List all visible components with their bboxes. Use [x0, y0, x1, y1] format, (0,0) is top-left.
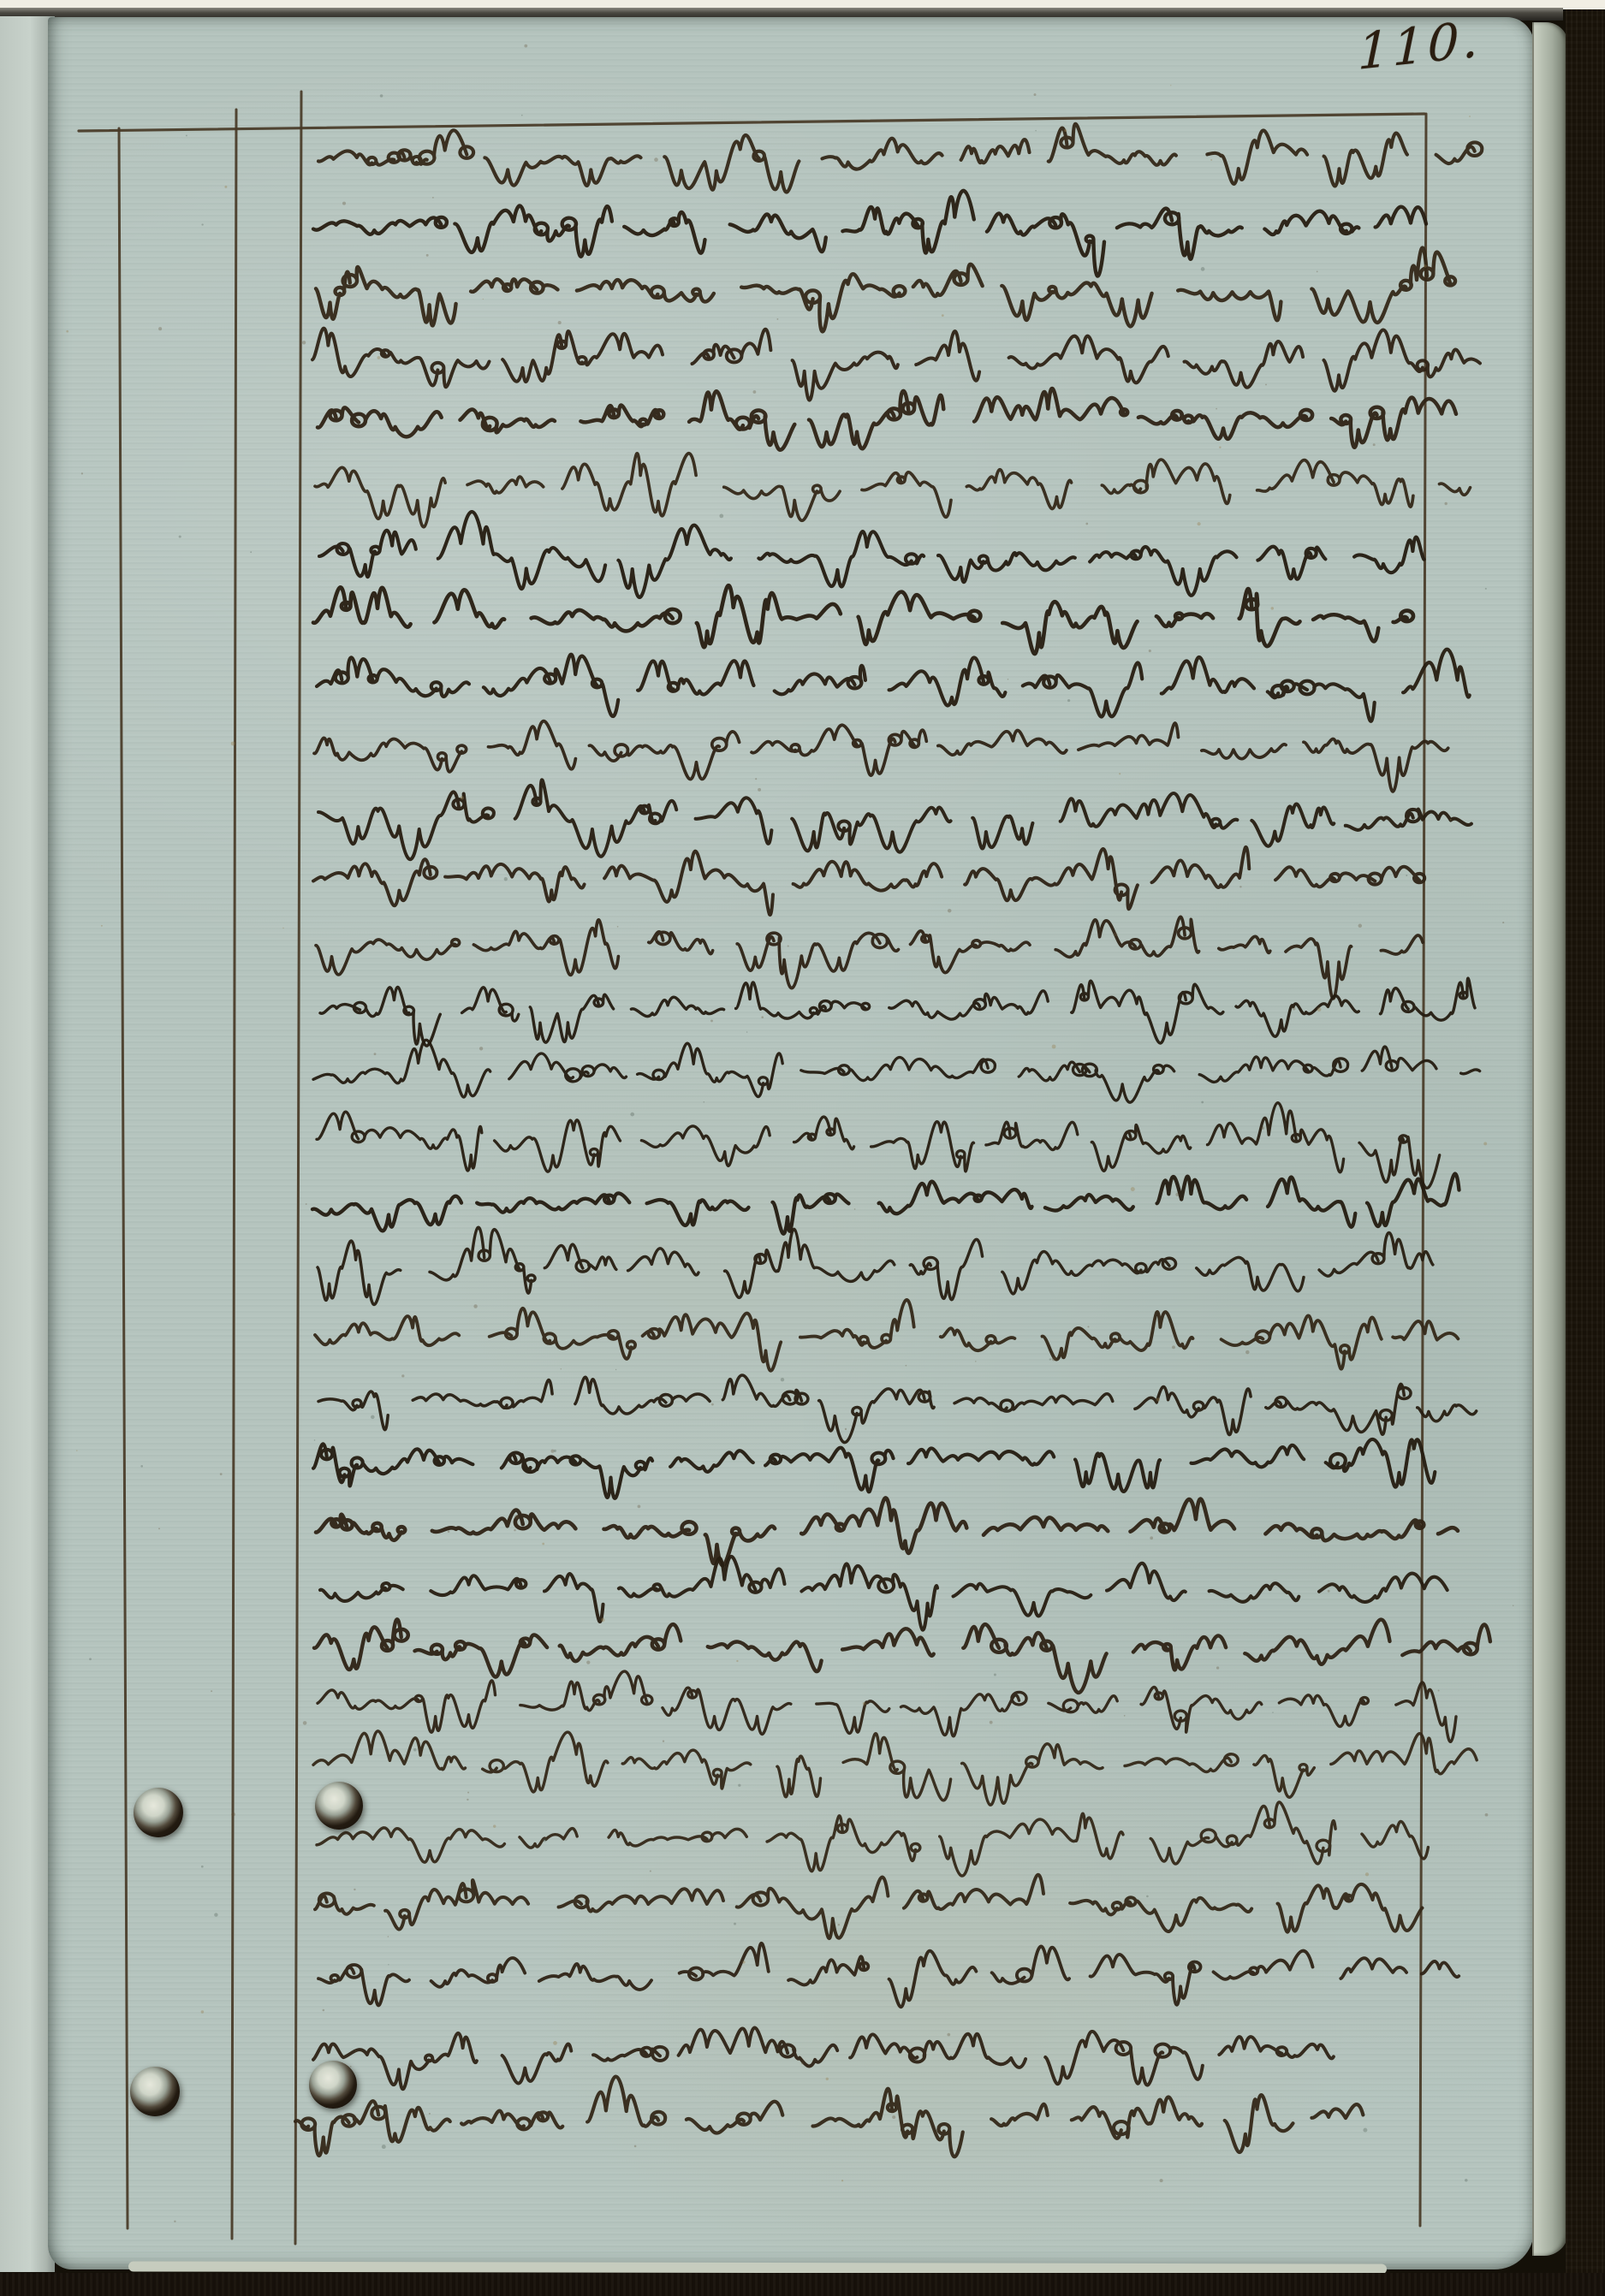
paper-speck — [1201, 267, 1205, 271]
paper-speck — [776, 318, 778, 320]
paper-speck — [734, 1923, 736, 1925]
paper-speck — [543, 1838, 547, 1842]
paper-speck — [282, 928, 283, 928]
paper-speck — [380, 94, 383, 98]
paper-speck — [1149, 650, 1151, 652]
paper-speck — [746, 1031, 748, 1033]
handwriting-line — [315, 1875, 1423, 1938]
paper-speck — [742, 1961, 745, 1963]
paper-speck — [432, 197, 434, 199]
paper-speck — [514, 1529, 515, 1531]
paper-speck — [838, 1924, 840, 1925]
paper-speck — [553, 2041, 557, 2045]
paper-speck — [521, 115, 523, 116]
paper-speck — [1008, 679, 1009, 680]
handwriting-line — [320, 1557, 1447, 1630]
paper-speck — [1373, 443, 1376, 446]
paper-speck — [1382, 1457, 1383, 1457]
paper-speck — [66, 330, 68, 333]
paper-speck — [1409, 1448, 1413, 1452]
paper-speck — [1034, 93, 1037, 96]
ruled-line — [119, 128, 128, 2228]
paper-speck — [1363, 2128, 1367, 2133]
paper-speck — [1146, 1896, 1149, 1898]
paper-speck — [801, 2062, 804, 2064]
paper-speck — [211, 1690, 212, 1692]
paper-speck — [586, 1660, 590, 1664]
paper-speck — [1160, 2179, 1163, 2182]
ruled-line — [232, 110, 236, 2239]
punch-hole — [315, 1782, 363, 1830]
handwriting-line — [313, 2028, 1334, 2090]
paper-speck — [306, 1203, 307, 1205]
punch-hole — [130, 2067, 180, 2116]
handwriting-line — [295, 2077, 1363, 2157]
paper-speck — [1262, 1126, 1265, 1130]
handwriting-line — [316, 248, 1455, 332]
paper-speck — [1502, 922, 1504, 923]
handwriting-line — [318, 389, 1456, 450]
paper-speck — [948, 909, 952, 913]
paper-speck — [1049, 1358, 1051, 1360]
paper-speck — [179, 536, 181, 538]
paper-speck — [231, 741, 235, 745]
paper-speck — [1210, 159, 1212, 161]
handwriting-line — [317, 1802, 1428, 1876]
paper-speck — [1358, 924, 1362, 928]
paper-speck — [374, 1053, 377, 1055]
paper-speck — [1131, 1187, 1135, 1191]
paper-speck — [467, 1792, 469, 1794]
paper-speck — [413, 1748, 417, 1752]
paper-speck — [430, 2127, 433, 2130]
paper-speck — [89, 1658, 92, 1660]
paper-speck — [401, 1374, 404, 1377]
handwriting-line — [317, 1103, 1440, 1189]
paper-speck — [493, 1824, 496, 1827]
paper-speck — [461, 796, 465, 800]
paper-speck — [314, 1439, 316, 1441]
paper-speck — [1052, 1045, 1056, 1049]
paper-speck — [524, 44, 527, 48]
paper-speck — [1293, 1007, 1296, 1011]
paper-speck — [1124, 1715, 1126, 1717]
paper-speck — [220, 1473, 223, 1475]
paper-speck — [758, 788, 761, 792]
paper-speck — [426, 254, 429, 257]
paper-speck — [710, 1019, 713, 1022]
paper-speck — [1469, 116, 1471, 117]
paper-speck — [186, 134, 187, 136]
handwriting-line — [319, 512, 1424, 597]
paper-speck — [158, 1528, 160, 1529]
paper-speck — [738, 1784, 740, 1787]
handwriting-body — [0, 0, 1605, 2296]
paper-speck — [140, 1465, 143, 1468]
paper-speck — [101, 925, 103, 927]
paper-speck — [1483, 1142, 1487, 1145]
paper-speck — [303, 1721, 307, 1725]
paper-speck — [1156, 1397, 1160, 1401]
ruled-line — [79, 114, 1424, 131]
paper-speck — [483, 299, 484, 300]
paper-speck — [1328, 1590, 1330, 1593]
paper-speck — [1450, 819, 1452, 821]
handwriting-line — [312, 1174, 1459, 1234]
paper-speck — [845, 1428, 847, 1430]
paper-speck — [382, 2145, 386, 2149]
paper-speck — [1015, 1007, 1017, 1009]
punch-hole — [309, 2061, 357, 2109]
paper-speck — [467, 1799, 468, 1801]
handwriting-line — [318, 780, 1471, 859]
paper-speck — [634, 2145, 637, 2148]
paper-speck — [863, 1702, 866, 1706]
paper-speck — [650, 1870, 651, 1872]
handwriting-line — [313, 585, 1413, 654]
paper-speck — [479, 1047, 483, 1050]
paper-speck — [990, 1721, 993, 1724]
paper-speck — [597, 1149, 601, 1153]
paper-speck — [388, 1964, 389, 1965]
paper-speck — [429, 2113, 431, 2115]
paper-speck — [201, 2010, 204, 2013]
paper-speck — [1271, 607, 1275, 610]
paper-speck — [665, 1593, 668, 1595]
paper-speck — [947, 2033, 950, 2037]
paper-speck — [781, 1378, 784, 1381]
paper-speck — [711, 1403, 714, 1406]
handwriting-line — [316, 1498, 1458, 1565]
paper-speck — [354, 1889, 355, 1890]
paper-speck — [323, 2009, 325, 2012]
paper-speck — [601, 1618, 605, 1623]
paper-speck — [1245, 1350, 1249, 1354]
paper-speck — [542, 1543, 544, 1545]
handwriting-line — [313, 1731, 1477, 1805]
paper-speck — [231, 1812, 235, 1817]
paper-speck — [854, 1208, 856, 1210]
paper-speck — [1424, 264, 1427, 268]
paper-speck — [1067, 699, 1070, 702]
paper-speck — [755, 778, 757, 780]
handwriting-line — [314, 721, 1448, 792]
paper-speck — [761, 1016, 764, 1018]
paper-speck — [1365, 1872, 1369, 1876]
paper-speck — [1172, 1345, 1175, 1349]
paper-speck — [1438, 1690, 1440, 1692]
paper-speck — [641, 1528, 644, 1530]
handwriting-line — [318, 1671, 1456, 1741]
paper-speck — [1150, 1536, 1153, 1540]
paper-speck — [736, 1660, 738, 1662]
paper-speck — [1170, 85, 1171, 86]
paper-speck — [158, 327, 162, 330]
paper-speck — [1317, 271, 1318, 273]
paper-speck — [1272, 1712, 1273, 1712]
paper-speck — [81, 472, 83, 474]
paper-speck — [994, 1674, 996, 1676]
ruled-line — [295, 92, 301, 2244]
paper-speck — [514, 1515, 519, 1519]
paper-speck — [617, 926, 619, 928]
paper-speck — [753, 390, 757, 394]
paper-speck — [201, 223, 203, 225]
handwriting-line — [318, 1227, 1433, 1304]
book-scan: 110. — [0, 0, 1605, 2296]
paper-speck — [448, 1530, 450, 1533]
paper-speck — [1406, 875, 1407, 876]
paper-speck — [892, 2115, 895, 2119]
paper-speck — [250, 551, 252, 553]
paper-speck — [630, 1112, 634, 1117]
paper-speck — [1114, 933, 1118, 937]
paper-speck — [1265, 383, 1267, 385]
paper-speck — [1198, 522, 1201, 525]
paper-speck — [342, 202, 346, 205]
paper-speck — [473, 1304, 477, 1308]
paper-speck — [302, 341, 306, 344]
paper-speck — [906, 1365, 907, 1367]
paper-speck — [1201, 1101, 1204, 1104]
handwriting-line — [312, 329, 1480, 400]
paper-speck — [355, 2050, 357, 2052]
paper-speck — [1513, 1605, 1513, 1605]
paper-speck — [76, 1450, 77, 1451]
paper-speck — [841, 2180, 843, 2181]
paper-speck — [1052, 1357, 1056, 1362]
punch-hole — [134, 1788, 183, 1837]
handwriting-line — [313, 1040, 1480, 1102]
paper-speck — [654, 157, 658, 162]
paper-speck — [1445, 502, 1447, 505]
paper-speck — [1175, 1193, 1179, 1196]
handwriting-line — [315, 1300, 1458, 1371]
paper-speck — [788, 946, 789, 947]
paper-speck — [1485, 588, 1487, 590]
paper-speck — [377, 356, 381, 359]
paper-speck — [1239, 886, 1241, 887]
paper-speck — [719, 514, 723, 519]
paper-speck — [224, 186, 227, 188]
paper-speck — [942, 314, 944, 317]
paper-speck — [615, 1369, 616, 1370]
page-number: 110. — [1358, 12, 1482, 80]
paper-speck — [638, 1505, 641, 1509]
paper-speck — [1087, 1326, 1089, 1327]
handwriting-line — [320, 978, 1475, 1046]
paper-speck — [214, 1913, 217, 1916]
paper-speck — [201, 1866, 204, 1868]
paper-speck — [561, 1368, 562, 1369]
paper-speck — [1216, 1666, 1219, 1669]
paper-speck — [1219, 447, 1221, 448]
paper-speck — [388, 1936, 389, 1937]
paper-speck — [1064, 129, 1067, 132]
paper-speck — [1119, 773, 1121, 774]
handwriting-line — [313, 847, 1424, 915]
paper-speck — [663, 1740, 664, 1741]
paper-speck — [1317, 1007, 1322, 1012]
paper-speck — [704, 1101, 705, 1103]
handwriting-line — [317, 650, 1470, 721]
paper-speck — [371, 1415, 375, 1420]
paper-speck — [350, 2066, 352, 2068]
paper-speck — [492, 1973, 495, 1975]
handwriting-line — [318, 1375, 1477, 1443]
paper-speck — [1485, 1813, 1489, 1817]
paper-speck — [554, 1450, 556, 1452]
paper-speck — [504, 877, 508, 881]
paper-speck — [1216, 408, 1217, 410]
paper-speck — [826, 2078, 829, 2080]
handwriting-line — [316, 917, 1423, 998]
paper-speck — [404, 741, 406, 743]
handwriting-line — [313, 191, 1426, 276]
paper-speck — [174, 2221, 175, 2222]
handwriting-line — [313, 1439, 1435, 1498]
handwriting-line — [318, 1943, 1459, 2007]
paper-speck — [1085, 523, 1088, 525]
paper-speck — [1269, 1651, 1269, 1652]
paper-speck — [1035, 130, 1037, 132]
paper-speck — [975, 1361, 976, 1362]
handwriting-line — [318, 124, 1482, 193]
paper-speck — [1465, 2179, 1468, 2182]
paper-speck — [558, 321, 562, 324]
handwriting-line — [315, 454, 1471, 527]
